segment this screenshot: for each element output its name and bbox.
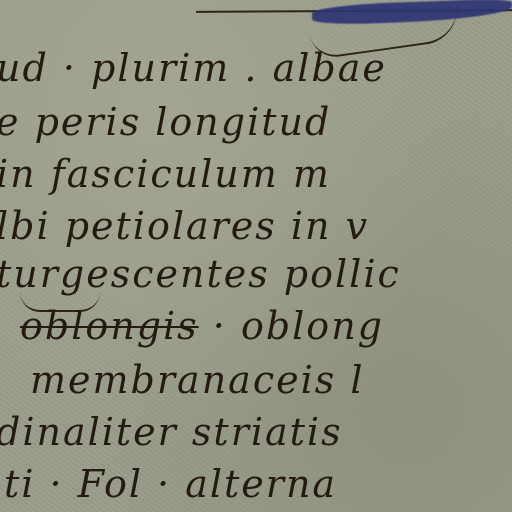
- text-line-6: oblongis · oblong: [20, 304, 384, 348]
- word: oblong: [241, 304, 384, 348]
- text-line-2: e peris longitud: [0, 100, 331, 144]
- text-line-8: dinaliter striatis: [0, 410, 343, 454]
- struck-word: oblongis: [20, 304, 199, 348]
- text-line-9: ti · Fol · alterna: [4, 462, 337, 506]
- manuscript-page: ud · plurim . albae e peris longitud in …: [0, 0, 512, 512]
- text-line-5: turgescentes pollic: [0, 252, 401, 296]
- text-line-7: membranaceis l: [30, 358, 365, 402]
- text-line-3: in fasciculum m: [0, 152, 331, 196]
- text-line-4: lbi petiolares in v: [0, 204, 369, 248]
- text-line-1: ud · plurim . albae: [0, 46, 387, 90]
